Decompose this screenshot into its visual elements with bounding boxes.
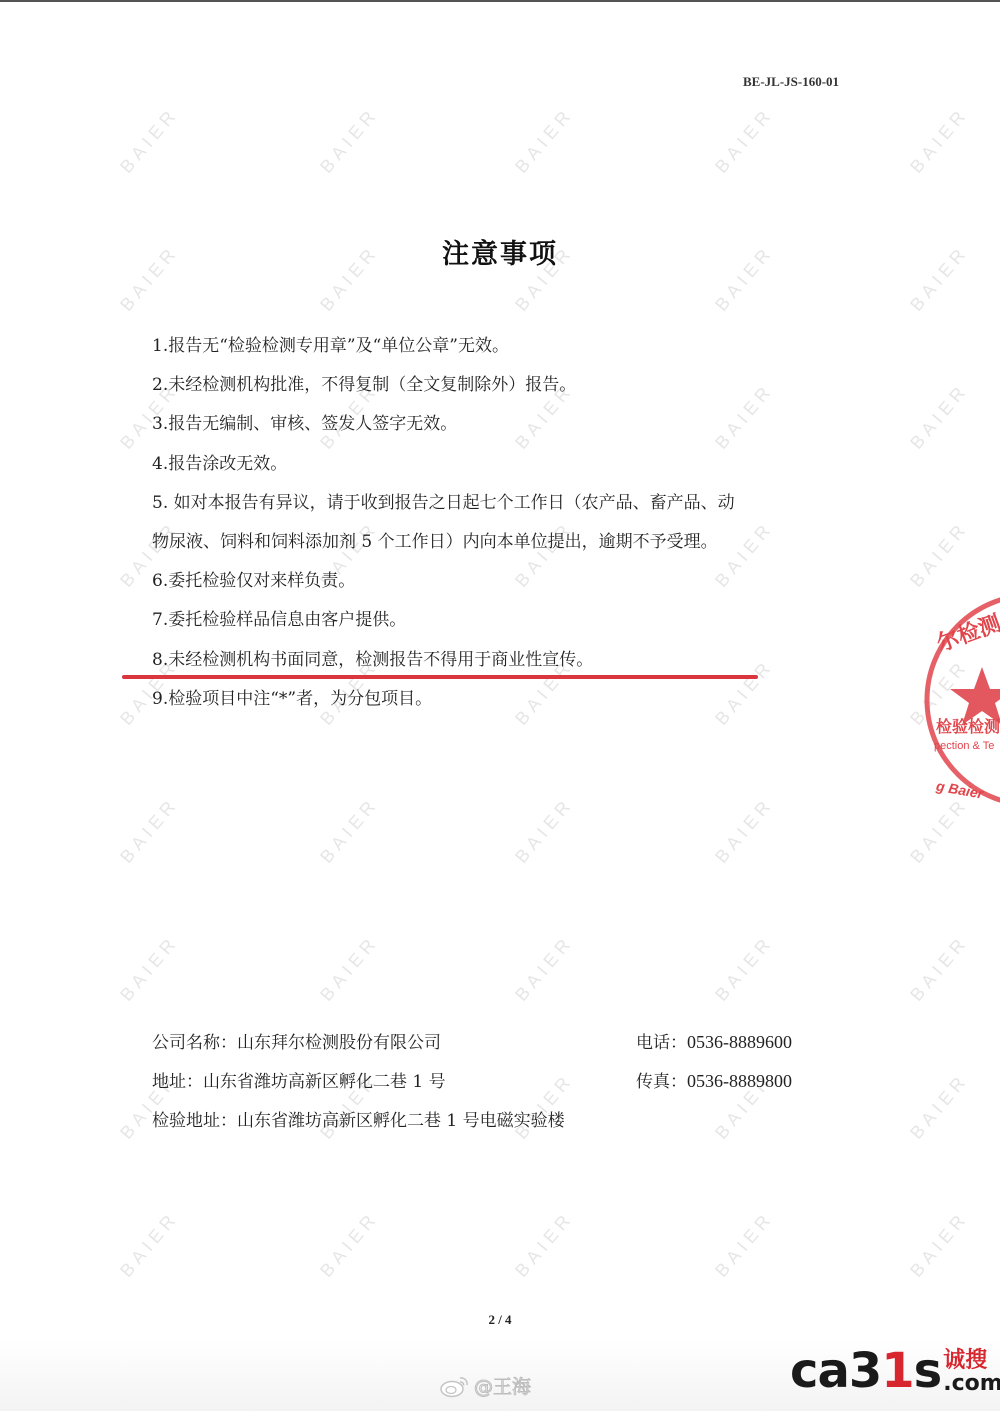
watermark-text: BAIER — [906, 1069, 973, 1143]
watermark-text: BAIER — [711, 931, 778, 1005]
watermark-text: BAIER — [906, 517, 973, 591]
top-border — [0, 0, 1000, 2]
notice-item-1: 1.报告无“检验检测专用章”及“单位公章”无效。 — [152, 336, 509, 356]
lab-address-label: 检验地址： — [152, 1111, 237, 1131]
watermark-text: BAIER — [711, 1207, 778, 1281]
watermark-text: BAIER — [906, 379, 973, 453]
company-name-row: 公司名称：山东拜尔检测股份有限公司 — [152, 1028, 441, 1053]
watermark-text: BAIER — [511, 793, 578, 867]
notice-item-4: 4.报告涂改无效。 — [152, 454, 287, 474]
company-name-label: 公司名称： — [152, 1033, 237, 1053]
watermark-text: BAIER — [116, 103, 183, 177]
fax-number: 0536-8889800 — [687, 1071, 792, 1091]
svg-text:检验检测: 检验检测 — [936, 717, 1000, 736]
svg-text:g Baier: g Baier — [934, 777, 986, 801]
fax-label: 传真： — [636, 1072, 687, 1092]
notice-item-5-continued: 物尿液、饲料和饲料添加剂 5 个工作日）内向本单位提出，逾期不予受理。 — [152, 532, 718, 552]
red-underline-annotation — [122, 675, 758, 679]
company-name: 山东拜尔检测股份有限公司 — [237, 1033, 441, 1053]
address-label: 地址： — [152, 1072, 203, 1092]
watermark-text: BAIER — [711, 517, 778, 591]
ca315-logo: ca31s 诚搜 .com — [790, 1347, 1000, 1395]
watermark-text: BAIER — [711, 103, 778, 177]
watermark-text: BAIER — [711, 793, 778, 867]
svg-text:pection & Te: pection & Te — [934, 740, 994, 752]
page-number: 2 / 4 — [0, 1312, 1000, 1328]
watermark-text: BAIER — [511, 517, 578, 591]
watermark-text: BAIER — [316, 931, 383, 1005]
notice-item-9: 9.检验项目中注“*”者，为分包项目。 — [152, 689, 432, 709]
phone-label: 电话： — [636, 1033, 687, 1053]
watermark-text: BAIER — [511, 103, 578, 177]
official-stamp: 尔检测 检验检测 pection & Te g Baier — [922, 585, 1000, 815]
notice-item-8: 8.未经检测机构书面同意，检测报告不得用于商业性宣传。 — [152, 650, 593, 670]
watermark-text: BAIER — [906, 1207, 973, 1281]
watermark-text: BAIER — [116, 1207, 183, 1281]
watermark-text: BAIER — [116, 793, 183, 867]
watermark-text: BAIER — [711, 655, 778, 729]
watermark-text: BAIER — [511, 1207, 578, 1281]
brand-chinese: 诚搜 — [943, 1349, 1000, 1373]
watermark-text: BAIER — [116, 931, 183, 1005]
watermark-text: BAIER — [316, 103, 383, 177]
notice-item-7: 7.委托检验样品信息由客户提供。 — [152, 610, 406, 630]
address: 山东省潍坊高新区孵化二巷 1 号 — [203, 1072, 446, 1092]
brand-wordmark: ca31s — [790, 1347, 941, 1395]
fax-row: 传真：0536-8889800 — [636, 1067, 792, 1092]
page-title: 注意事项 — [0, 232, 1000, 271]
phone-row: 电话：0536-8889600 — [636, 1028, 792, 1053]
watermark-text: BAIER — [511, 931, 578, 1005]
weibo-watermark: @王海 — [440, 1372, 531, 1399]
phone-number: 0536-8889600 — [687, 1032, 792, 1052]
watermark-text: BAIER — [316, 1207, 383, 1281]
address-row: 地址：山东省潍坊高新区孵化二巷 1 号 — [152, 1067, 446, 1092]
lab-address-row: 检验地址：山东省潍坊高新区孵化二巷 1 号电磁实验楼 — [152, 1106, 565, 1131]
document-code: BE-JL-JS-160-01 — [743, 74, 839, 90]
watermark-text: BAIER — [711, 379, 778, 453]
lab-address: 山东省潍坊高新区孵化二巷 1 号电磁实验楼 — [237, 1111, 565, 1131]
weibo-icon — [440, 1374, 470, 1398]
notice-item-6: 6.委托检验仅对来样负责。 — [152, 571, 355, 591]
notice-item-3: 3.报告无编制、审核、签发人签字无效。 — [152, 414, 457, 434]
weibo-handle: @王海 — [474, 1372, 531, 1399]
watermark-text: BAIER — [906, 103, 973, 177]
brand-domain: .com — [943, 1373, 1000, 1395]
watermark-text: BAIER — [906, 931, 973, 1005]
notice-item-5: 5. 如对本报告有异议，请于收到报告之日起七个工作日（农产品、畜产品、动 — [152, 493, 735, 513]
watermark-text: BAIER — [316, 793, 383, 867]
notice-item-2: 2.未经检测机构批准，不得复制（全文复制除外）报告。 — [152, 375, 576, 395]
